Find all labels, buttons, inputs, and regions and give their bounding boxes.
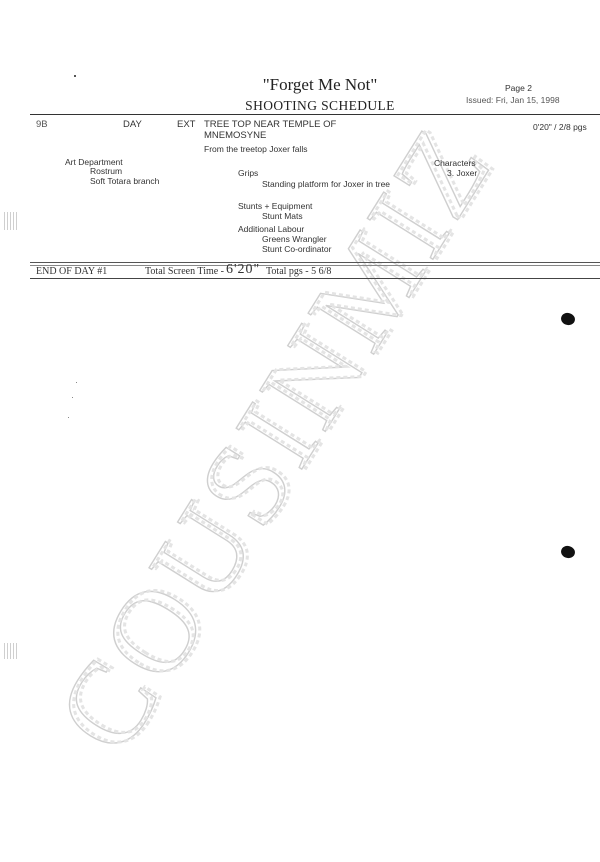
art-item: Rostrum — [90, 166, 122, 176]
subtitle-text: SHOOTING SCHEDULE — [245, 98, 395, 113]
end-of-day-label: END OF DAY #1 — [36, 266, 107, 277]
total-screen-time-label: Total Screen Time - — [145, 266, 224, 277]
total-screen-time-value: 6'20" — [226, 262, 260, 278]
scan-speck — [72, 397, 73, 398]
end-of-day-bottom-rule — [30, 278, 600, 279]
labour-item: Greens Wrangler — [262, 234, 327, 244]
issued-date: Issued: Fri, Jan 15, 1998 — [466, 95, 560, 105]
scan-speck — [4, 643, 18, 659]
stunts-item: Stunt Mats — [262, 211, 303, 221]
scene-location: TREE TOP NEAR TEMPLE OF — [204, 119, 336, 130]
scene-day-night: DAY — [123, 119, 142, 130]
grips-item: Standing platform for Joxer in tree — [262, 179, 390, 189]
total-pages: Total pgs - 5 6/8 — [266, 266, 331, 277]
scan-speck — [4, 212, 18, 230]
scene-synopsis: From the treetop Joxer falls — [204, 144, 307, 154]
scene-number: 9B — [36, 119, 48, 130]
header-divider — [30, 114, 600, 115]
scan-speck — [76, 382, 77, 383]
scan-speck — [74, 75, 76, 77]
labour-heading: Additional Labour — [238, 224, 304, 234]
title-text: "Forget Me Not" — [263, 75, 378, 94]
binder-hole — [560, 311, 577, 326]
scan-speck — [68, 417, 69, 418]
character-item: 3. Joxer — [447, 168, 477, 178]
binder-hole — [560, 544, 577, 559]
grips-heading: Grips — [238, 168, 258, 178]
characters-heading: Characters — [434, 158, 476, 168]
end-of-day-top-rule — [30, 262, 600, 263]
art-item: Soft Totara branch — [90, 176, 159, 186]
scene-int-ext: EXT — [177, 119, 195, 130]
stunts-heading: Stunts + Equipment — [238, 201, 312, 211]
page-number: Page 2 — [505, 83, 532, 93]
scene-location-cont: MNEMOSYNE — [204, 130, 266, 141]
labour-item: Stunt Co-ordinator — [262, 244, 331, 254]
scene-timing: 0'20" / 2/8 pgs — [533, 122, 587, 132]
